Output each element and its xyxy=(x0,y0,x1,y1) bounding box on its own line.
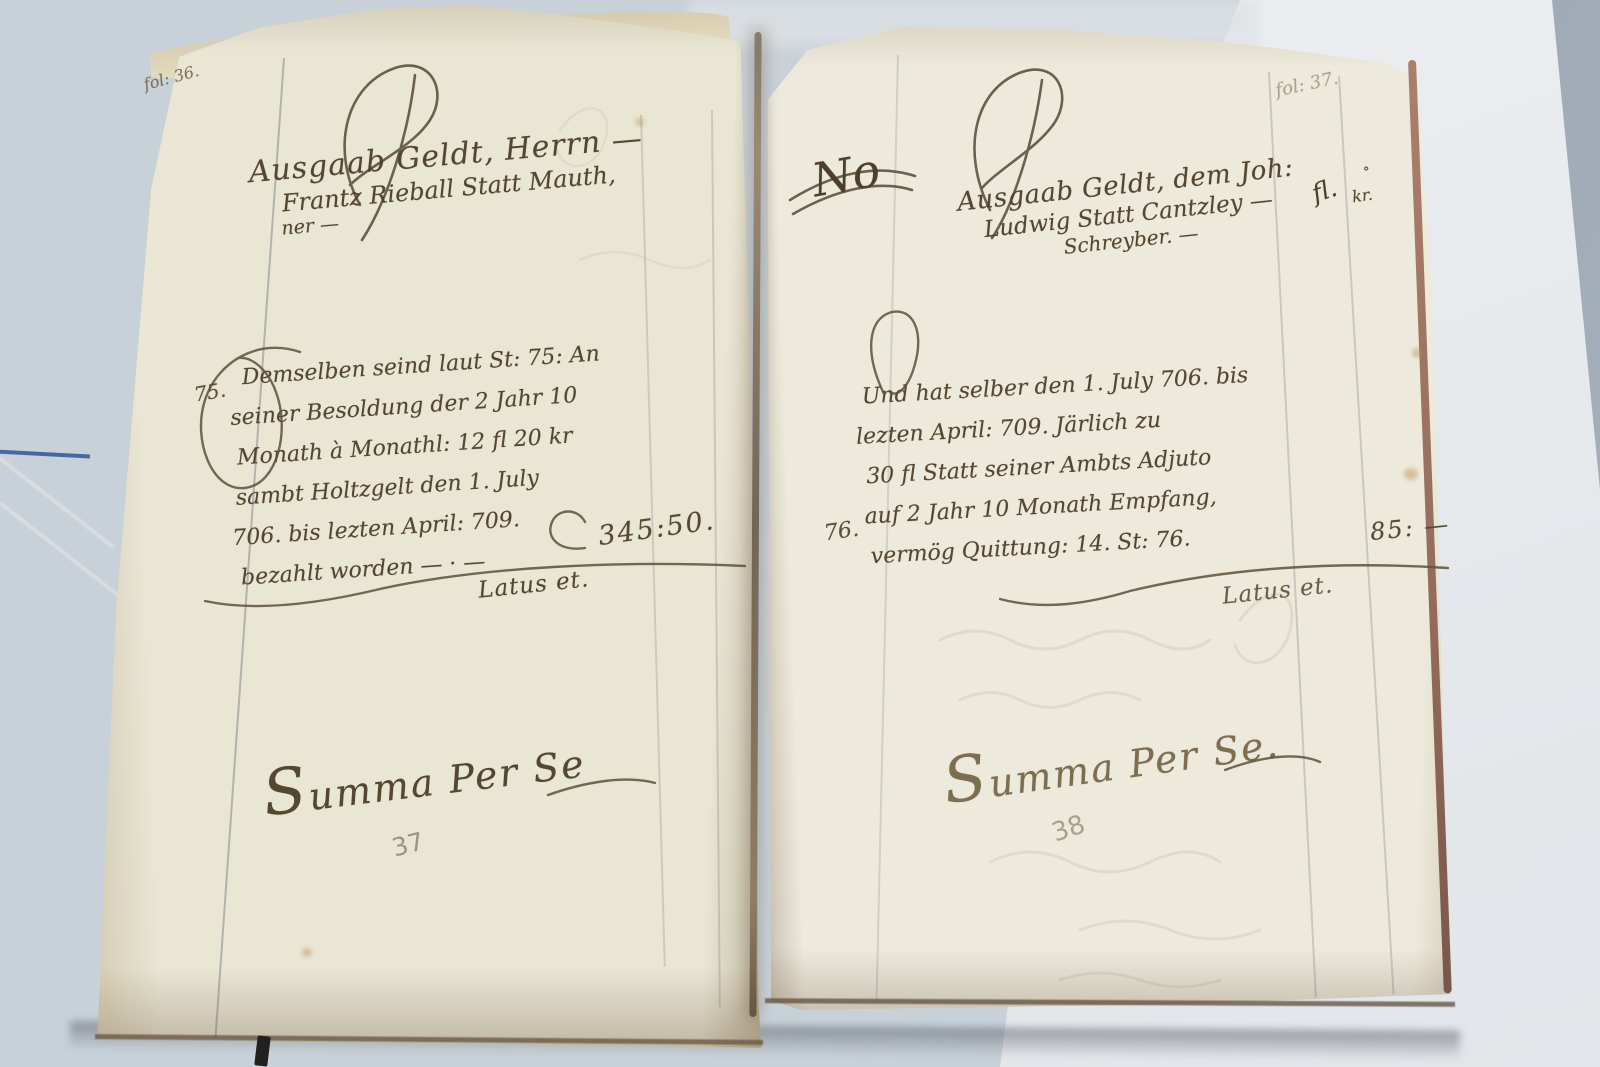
foxing-spot xyxy=(1412,348,1422,358)
book-gutter xyxy=(749,32,761,1017)
manuscript-photo: fol: 36. Ausgaab Geldt, Herrn — Frantz R… xyxy=(0,0,1600,1067)
book-stand-peg xyxy=(254,1035,271,1066)
left-page-entry-text: Demselben seind laut St: 75: An seiner B… xyxy=(227,329,692,598)
right-margin-voucher-number: 76. xyxy=(822,517,860,547)
kreuzer-column-header: kr. xyxy=(1351,185,1374,207)
kreuzer-abbreviation-ring: ° xyxy=(1363,165,1370,180)
right-page-entry-text: Und hat selber den 1. July 706. bis lezt… xyxy=(861,351,1351,577)
foxing-spot xyxy=(1404,468,1418,480)
foxing-spot xyxy=(302,948,312,957)
